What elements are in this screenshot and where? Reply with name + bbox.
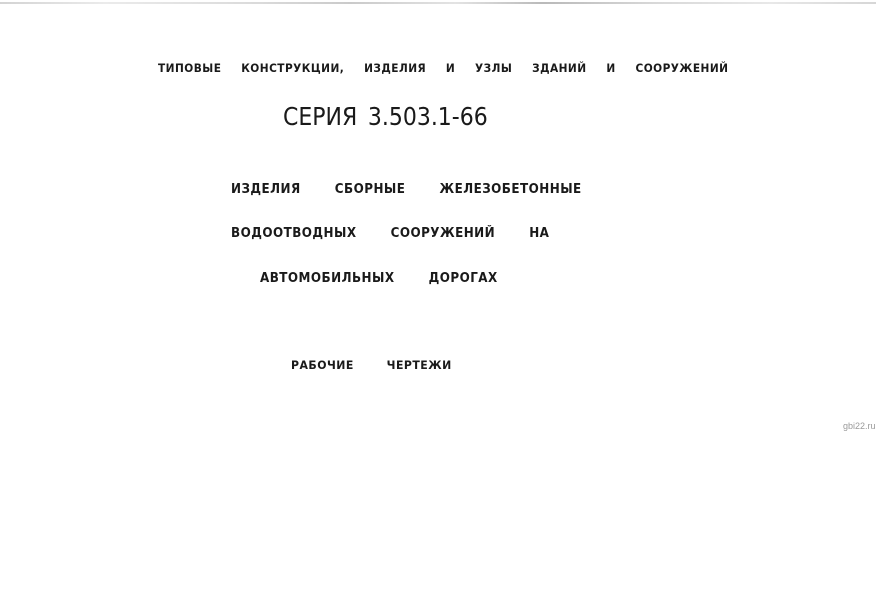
header-word: СООРУЖЕНИЙ [635,61,728,75]
series-number: 3.503.1-66 [368,102,488,131]
header-word: ТИПОВЫЕ [158,61,221,75]
document-subtitle: РАБОЧИЕ ЧЕРТЕЖИ [291,358,480,372]
title-word: СБОРНЫЕ [335,182,406,197]
watermark: gbi22.ru [843,421,876,431]
series-label: СЕРИЯ [283,102,357,131]
document-header: ТИПОВЫЕ КОНСТРУКЦИИ, ИЗДЕЛИЯ И УЗЛЫ ЗДАН… [158,61,744,75]
title-word: ДОРОГАХ [429,271,498,286]
title-word: НА [529,226,549,241]
subtitle-word: РАБОЧИЕ [291,358,354,372]
header-word: И [606,61,615,75]
title-word: СООРУЖЕНИЙ [391,226,496,241]
title-line-3: АВТОМОБИЛЬНЫХ ДОРОГАХ [260,271,527,286]
title-word: АВТОМОБИЛЬНЫХ [260,271,395,286]
header-word: КОНСТРУКЦИИ, [241,61,344,75]
scan-top-edge [0,2,876,4]
subtitle-word: ЧЕРТЕЖИ [387,358,452,372]
title-word: ИЗДЕЛИЯ [231,182,301,197]
title-word: ЖЕЛЕЗОБЕТОННЫЕ [439,182,581,197]
title-line-1: ИЗДЕЛИЯ СБОРНЫЕ ЖЕЛЕЗОБЕТОННЫЕ [231,182,611,197]
header-word: И [446,61,455,75]
header-word: ЗДАНИЙ [532,61,586,75]
series-title: СЕРИЯ3.503.1-66 [283,102,498,131]
title-word: ВОДООТВОДНЫХ [231,226,357,241]
header-word: ИЗДЕЛИЯ [364,61,426,75]
title-line-2: ВОДООТВОДНЫХ СООРУЖЕНИЙ НА [231,226,579,241]
header-word: УЗЛЫ [475,61,512,75]
